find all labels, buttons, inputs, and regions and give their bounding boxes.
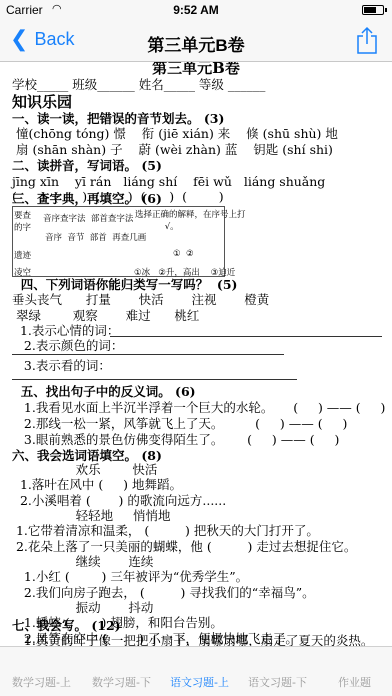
s4-question: 3.表示看的词： [12,358,111,374]
section-7-title: 七、我会写。 (12) [12,618,121,634]
s4-words: 翠绿 观察 难过 桃红 [12,308,199,324]
s4-question: 1.表示心情的词： [12,323,119,339]
status-bar: Carrier ◠ 9:52 AM [0,0,392,20]
tab-chinese-2[interactable]: 语文习题-下 [248,674,307,690]
page-title: 第三单元B卷 [0,31,392,56]
s6-options: 轻轻地 悄悄地 [12,508,170,524]
section-1-title: 一、读一读，把错误的音节划去。 (3) [12,111,224,127]
table-cell: 音序查字法 部首查字法 [43,212,133,224]
answer-line [12,354,284,355]
answer-line [110,336,382,337]
info-line: 学校_____ 班级______ 姓名_____ 等级 ______ [12,77,265,93]
table-cell: 音序 音节 部首 再查几画 [45,231,146,243]
tab-math-2[interactable]: 数学习题-下 [92,674,151,690]
dictionary-table: 要查 的字 音序查字法 部首查字法 选择正确的解释，在序号上打 √。 音序 音节… [12,206,225,277]
doc-heading: 知识乐园 [12,94,72,110]
s1-line: 憧(chōng tóng) 憬 衔 (jiē xián) 来 倏 (shū sh… [12,126,338,142]
s5-line: 2.那线一松一紧，风筝就飞上了天。 ( ) —— ( ) [12,416,347,432]
battery-icon [362,5,384,15]
s2-pinyin: jīng xīn yī rán liáng shí fēi wǔ liáng s… [12,174,325,190]
s6-line: 2.小溪唱着 ( ) 的歌流向远方...... [12,493,226,509]
navigation-bar: ❮ Back 第三单元B卷 [0,20,392,62]
tab-bar: 数学习题-上 数学习题-下 语文习题-上 语文习题-下 作业题 [0,646,392,696]
section-4-title: 四、下列词语你能归类写一写吗？ (5) [12,277,237,293]
tab-chinese-1[interactable]: 语文习题-上 [170,674,229,690]
document-view[interactable]: 第三单元B卷 学校_____ 班级______ 姓名_____ 等级 _____… [0,62,392,646]
s5-line: 1.我看见水面上半沉半浮着一个巨大的水轮。 ( ) —— ( ) [12,400,385,416]
s5-line: 3.眼前熟悉的景色仿佛变得陌生了。 ( ) —— ( ) [12,432,339,448]
clock: 9:52 AM [0,3,392,17]
table-cell: 遗迹 [14,249,31,261]
answer-line [12,379,297,380]
s6-line: 1.它带着清凉和温柔， ( ) 把秋天的大门打开了。 [12,523,319,539]
share-icon[interactable] [356,26,378,54]
section-5-title: 五、找出句子中的反义词。 (6) [12,384,196,400]
table-cell: ① ② [173,249,194,259]
table-cell: 要查 的字 [14,209,31,233]
s6-options: 欢乐 快活 [12,462,157,478]
s6-options: 继续 连续 [12,554,153,570]
s6-line: 1.小红 ( ) 三年被评为“优秀学生”。 [12,569,248,585]
tab-homework[interactable]: 作业题 [338,674,371,690]
table-cell: 选择正确的解释，在序号上打 √。 [135,208,246,232]
s6-options: 振动 抖动 [12,600,153,616]
doc-title: 第三单元B卷 [0,62,392,76]
s6-line: 1.落叶在风中 ( ) 地舞蹈。 [12,477,182,493]
tab-math-1[interactable]: 数学习题-上 [12,674,71,690]
s6-line: 2.花朵上落了一只美丽的蝴蝶，他 ( ) 走过去想捉住它。 [12,539,356,555]
s1-line: 扇 (shān shàn) 子 蔚 (wèi zhàn) 蓝 钥匙 (shí s… [12,142,333,158]
section-3-title: 三、查字典，再填空。 (6) [12,191,162,207]
s6-line: 2.我们向房子跑去， ( ) 寻找我们的“幸福鸟”。 [12,585,315,601]
s4-words: 垂头丧气 打量 快活 注视 橙黄 [12,292,269,308]
section-2-title: 二、读拼音，写词语。 (5) [12,158,162,174]
s4-question: 2.表示颜色的词： [12,338,123,354]
